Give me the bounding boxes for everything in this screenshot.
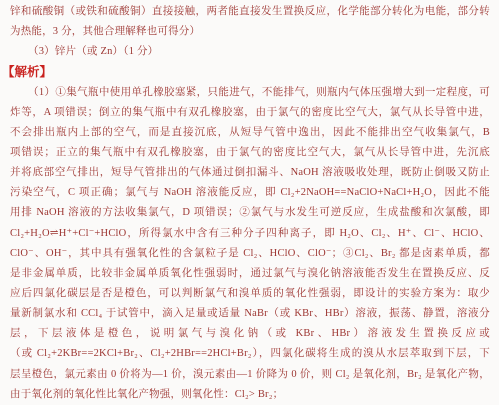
- analysis-text-line: （1）①集气瓶中使用单孔橡胶塞紧，只能进气，不能排气，则瓶内气体压强增大到一定程…: [0, 83, 499, 103]
- analysis-text-line: 不会排出瓶内上部的空气，而是直接沉底，从短导气管中逸出，因此不能排出空气收集氯气…: [0, 123, 499, 143]
- analysis-text-line: 量新制氯水和 CCl₄ 于试管中，滴入足量或适量 NaBr（或 KBr、HBr）…: [0, 304, 499, 324]
- analysis-text-line: 并将底部空气排出，短导气管排出的气体通过倒扣漏斗、NaOH 溶液吸收处理，既防止…: [0, 163, 499, 183]
- analysis-text-line: Cl₂+H₂O⇌H⁺+Cl⁻+HClO，所得氯水中含有三种分子四种离子，即 H₂…: [0, 224, 499, 244]
- analysis-text-line: 层呈橙色，氯元素由 0 价将为—1 价，溴元素由—1 价降为 0 价，则 Cl₂…: [0, 365, 499, 385]
- analysis-text-line: 污染空气，C 项正确；氯气与 NaOH 溶液能反应，即 Cl₂+2NaOH==N…: [0, 183, 499, 203]
- analysis-text-line: （或 Cl₂+2KBr==2KCl+Br₂、Cl₂+2HBr==2HCl+Br₂…: [0, 344, 499, 364]
- analysis-text-line: 由于氧化剂的氧化性比氧化产物强，则氧化性：Cl₂> Br₂；: [0, 385, 499, 405]
- analysis-text-line: 用排 NaOH 溶液的方法收集氯气，D 项错误；②氯气与水发生可逆反应，生成盐酸…: [0, 203, 499, 223]
- answer-text-line: 锌和硫酸铜（或铁和硫酸铜）直接接触，两者能直接发生置换反应，化学能部分转化为电能…: [0, 2, 499, 22]
- answer-key-document-page: 锌和硫酸铜（或铁和硫酸铜）直接接触，两者能直接发生置换反应，化学能部分转化为电能…: [0, 0, 499, 405]
- answer-text-line: 为热能，3 分，其他合理解释也可得分）: [0, 22, 499, 42]
- answer-item-3-line: （3）锌片（或 Zn）（1 分）: [0, 42, 499, 62]
- analysis-text-line: 是非金属单质，比较非金属单质氧化性强弱时，通过氯气与溴化钠溶液能否发生在置换反应…: [0, 264, 499, 284]
- analysis-section-header: 【解析】: [0, 62, 499, 82]
- analysis-text-line: ClO⁻、OH⁻，其中具有强氧化性的含氯粒子是 Cl₂、HClO、ClO⁻；③C…: [0, 244, 499, 264]
- analysis-text-line: 层，下层液体是橙色，说明氯气与溴化钠（或 KBr、HBr）溶液发生置换反应或 C…: [0, 324, 499, 344]
- analysis-text-line: 项错误；正立的集气瓶中有双孔橡胶塞，由于氯气的密度比空气大，氯气从长导管中进，先…: [0, 143, 499, 163]
- analysis-text-line: 炸等，A 项错误；倒立的集气瓶中有双孔橡胶塞，由于氯气的密度比空气大，氯气从长导…: [0, 103, 499, 123]
- analysis-text-line: 应后四氯化碳层是否是橙色，可以判断氯气和溴单质的氧化性强弱，即设计的实验方案为：…: [0, 284, 499, 304]
